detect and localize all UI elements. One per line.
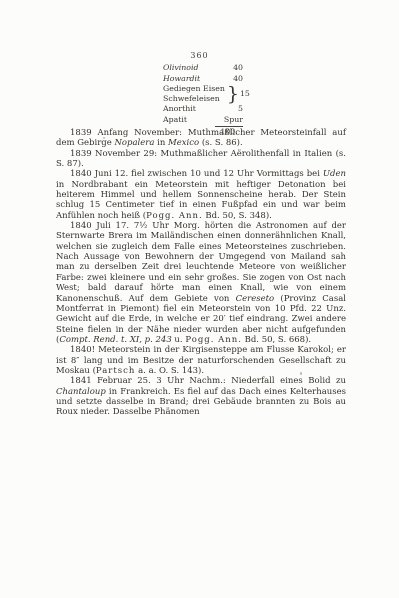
mineral-value: 15 [240, 89, 250, 100]
table-row: Apatit Spur [163, 115, 243, 126]
mineral-name: Apatit [163, 115, 221, 126]
table-row: Olivinoid 40 [163, 63, 243, 74]
mineral-name: Gediegen Eisen [163, 84, 225, 94]
mineral-name: Howardit [163, 74, 221, 85]
mineral-name: Anorthit [163, 104, 221, 115]
paragraph-1840-juli-17: 1840 Juli 17. 7½ Uhr Morg. hörten die As… [56, 221, 346, 345]
composition-table: Olivinoid 40 Howardit 40 Gediegen Eisen … [163, 63, 243, 138]
mineral-name: Schwefeleisen [163, 94, 225, 104]
table-row-group: Gediegen Eisen Schwefeleisen } 15 [163, 84, 243, 104]
body-text: 1839 Anfang November: Muthmaßlicher Mete… [56, 128, 346, 418]
paragraph-1841-februar-25: 1841 Februar 25. 3 Uhr Nachm.: Niederfal… [56, 376, 346, 417]
mineral-name: Olivinoid [163, 63, 221, 74]
brace-glyph: } [227, 85, 239, 104]
mineral-value: 40 [221, 63, 243, 74]
paragraph-1840-karokol: 1840! Meteorstein in der Kirgisensteppe … [56, 345, 346, 376]
book-page: 360 Olivinoid 40 Howardit 40 Gediegen Ei… [0, 0, 399, 598]
scan-speck [103, 137, 105, 139]
page-number: 360 [0, 51, 399, 60]
paragraph-1840-juni-12: 1840 Juni 12. fiel zwischen 10 und 12 Uh… [56, 169, 346, 221]
paragraph-1839-november-29: 1839 November 29: Muthmaßlicher Aërolith… [56, 149, 346, 170]
mineral-value: 5 [221, 104, 243, 115]
grouped-mineral-names: Gediegen Eisen Schwefeleisen [163, 84, 225, 104]
paragraph-1839-november: 1839 Anfang November: Muthmaßlicher Mete… [56, 128, 346, 149]
table-row: Anorthit 5 [163, 104, 243, 115]
mineral-value: Spur [221, 115, 243, 126]
scan-speck [300, 372, 302, 375]
